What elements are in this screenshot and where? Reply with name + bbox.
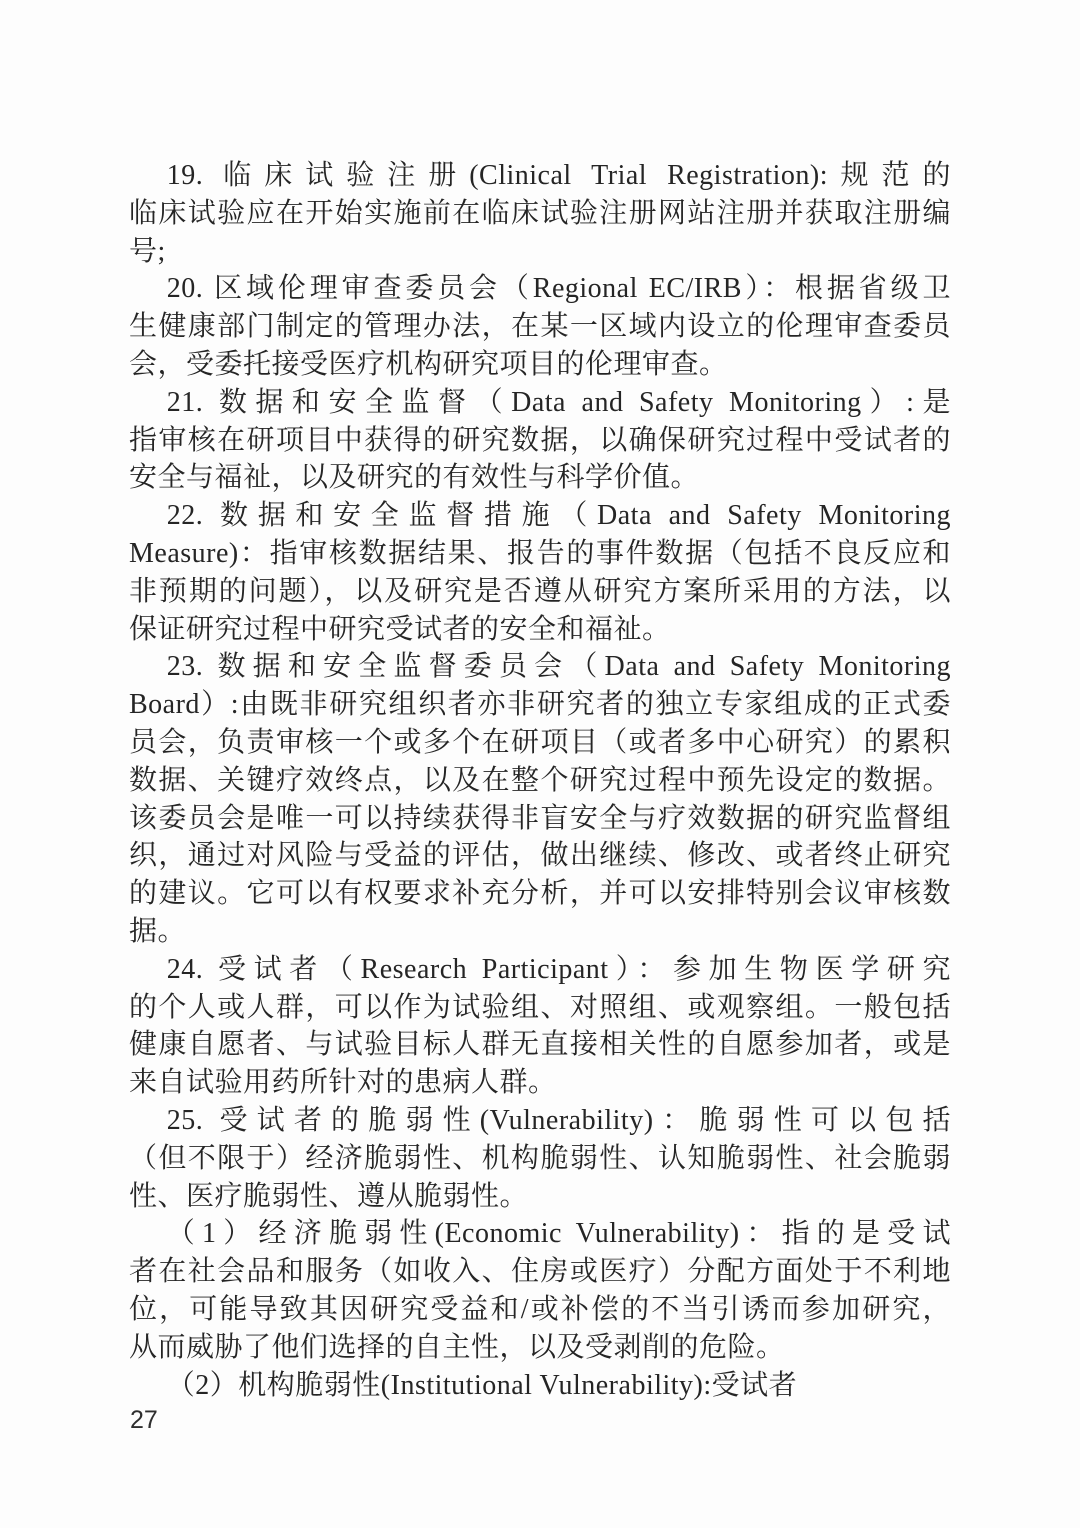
text-line: 健康自愿者、与试验目标人群无直接相关性的自愿参加者，或是 (129, 1026, 951, 1064)
text-line: 据。 (129, 913, 951, 951)
text-line: 织，通过对风险与受益的评估，做出继续、修改、或者终止研究 (129, 837, 951, 875)
text-line: 号; (129, 233, 951, 271)
text-line: 从而威胁了他们选择的自主性，以及受剥削的危险。 (129, 1329, 951, 1367)
text-line: 性、医疗脆弱性、遵从脆弱性。 (129, 1178, 951, 1216)
text-line: 数据、关键疗效终点，以及在整个研究过程中预先设定的数据。 (129, 762, 951, 800)
text-line: （但不限于）经济脆弱性、机构脆弱性、认知脆弱性、社会脆弱 (129, 1140, 951, 1178)
page-number: 27 (130, 1406, 158, 1435)
text-line: 该委员会是唯一可以持续获得非盲安全与疗效数据的研究监督组 (129, 800, 951, 838)
text-line: 的个人或人群，可以作为试验组、对照组、或观察组。一般包括 (129, 989, 951, 1027)
text-block: 19. 临床试验注册(Clinical Trial Registration):… (129, 157, 951, 1404)
paragraph: （1）经济脆弱性(Economic Vulnerability)：指的是受试者在… (129, 1215, 951, 1366)
paragraph: 24. 受试者（Research Participant）：参加生物医学研究的个… (129, 951, 951, 1102)
paragraph: 19. 临床试验注册(Clinical Trial Registration):… (129, 157, 951, 270)
paragraph: 21. 数据和安全监督（Data and Safety Monitoring）:… (129, 384, 951, 497)
paragraph: 23. 数据和安全监督委员会（Data and Safety Monitorin… (129, 648, 951, 950)
text-line: 位，可能导致其因研究受益和/或补偿的不当引诱而参加研究， (129, 1291, 951, 1329)
text-line: 员会，负责审核一个或多个在研项目（或者多中心研究）的累积 (129, 724, 951, 762)
text-line: 非预期的问题），以及研究是否遵从研究方案所采用的方法，以 (129, 573, 951, 611)
document-page: 19. 临床试验注册(Clinical Trial Registration):… (0, 0, 1080, 1528)
text-line: 临床试验应在开始实施前在临床试验注册网站注册并获取注册编 (129, 195, 951, 233)
text-line: 22. 数据和安全监督措施（Data and Safety Monitoring (129, 497, 951, 535)
text-line: 21. 数据和安全监督（Data and Safety Monitoring）:… (129, 384, 951, 422)
text-line: 来自试验用药所针对的患病人群。 (129, 1064, 951, 1102)
text-line: 保证研究过程中研究受试者的安全和福祉。 (129, 611, 951, 649)
text-line: 的建议。它可以有权要求补充分析，并可以安排特别会议审核数 (129, 875, 951, 913)
text-line: 20. 区域伦理审查委员会（Regional EC/IRB）：根据省级卫 (129, 270, 951, 308)
text-line: 者在社会品和服务（如收入、住房或医疗）分配方面处于不利地 (129, 1253, 951, 1291)
paragraph: 22. 数据和安全监督措施（Data and Safety Monitoring… (129, 497, 951, 648)
text-line: 23. 数据和安全监督委员会（Data and Safety Monitorin… (129, 648, 951, 686)
paragraph: 25. 受试者的脆弱性(Vulnerability)：脆弱性可以包括（但不限于）… (129, 1102, 951, 1215)
text-line: Board）:由既非研究组织者亦非研究者的独立专家组成的正式委 (129, 686, 951, 724)
text-line: 19. 临床试验注册(Clinical Trial Registration):… (129, 157, 951, 195)
text-line: 生健康部门制定的管理办法，在某一区域内设立的伦理审查委员 (129, 308, 951, 346)
text-line: 24. 受试者（Research Participant）：参加生物医学研究 (129, 951, 951, 989)
text-line: 安全与福祉，以及研究的有效性与科学价值。 (129, 459, 951, 497)
paragraph: （2）机构脆弱性(Institutional Vulnerability):受试… (129, 1367, 951, 1405)
text-line: Measure)：指审核数据结果、报告的事件数据（包括不良反应和 (129, 535, 951, 573)
text-line: （2）机构脆弱性(Institutional Vulnerability):受试… (129, 1367, 951, 1405)
text-line: 会，受委托接受医疗机构研究项目的伦理审查。 (129, 346, 951, 384)
text-line: （1）经济脆弱性(Economic Vulnerability)：指的是受试 (129, 1215, 951, 1253)
text-line: 25. 受试者的脆弱性(Vulnerability)：脆弱性可以包括 (129, 1102, 951, 1140)
paragraph: 20. 区域伦理审查委员会（Regional EC/IRB）：根据省级卫生健康部… (129, 270, 951, 383)
text-line: 指审核在研项目中获得的研究数据，以确保研究过程中受试者的 (129, 422, 951, 460)
